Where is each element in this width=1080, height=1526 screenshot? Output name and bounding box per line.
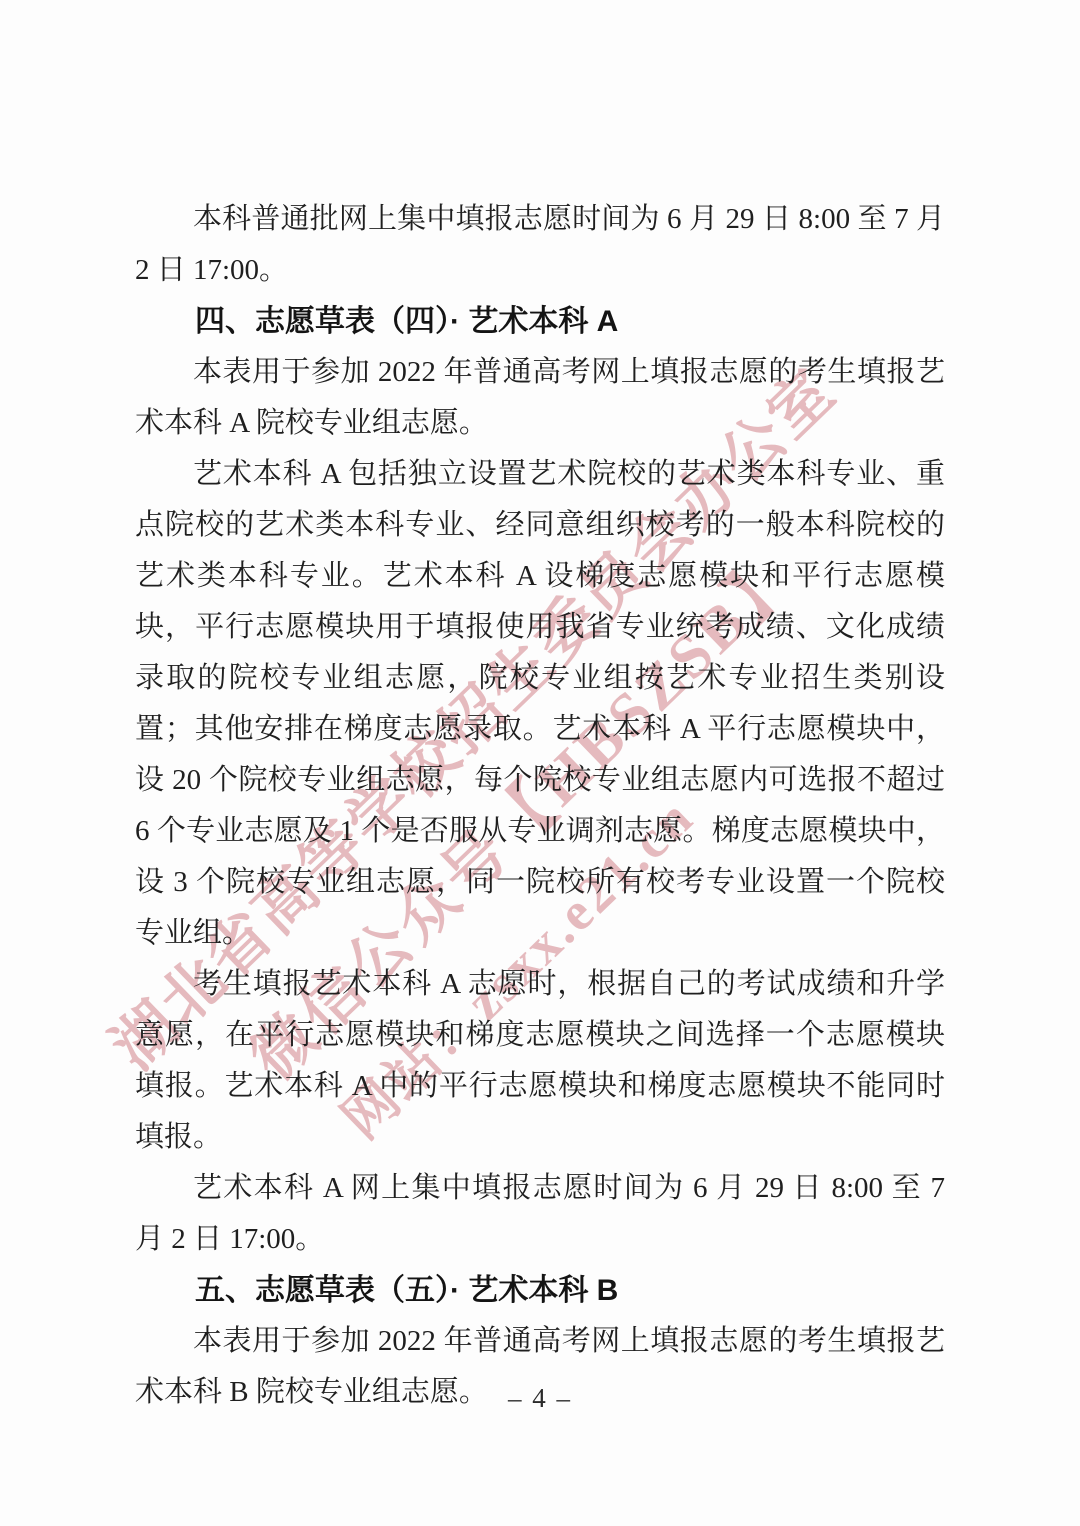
heading-section-four-draft-form: 四、志愿草表（四）· 艺术本科 A <box>135 296 945 347</box>
para-artsA-module-choice: 考生填报艺术本科 A 志愿时，根据自己的考试成绩和升学意愿，在平行志愿模块和梯度… <box>135 959 945 1163</box>
page-number: – 4 – <box>0 1383 1080 1414</box>
para-artsA-deadline: 艺术本科 A 网上集中填报志愿时间为 6 月 29 日 8:00 至 7 月 2… <box>135 1163 945 1265</box>
document-page: 湖北省高等学校招生委员会办公室 微信公众号【HBSZSB】 网站：zsxx.e2… <box>0 0 1080 1526</box>
para-form4-purpose: 本表用于参加 2022 年普通高考网上填报志愿的考生填报艺术本科 A 院校专业组… <box>135 347 945 449</box>
para-artsA-structure: 艺术本科 A 包括独立设置艺术院校的艺术类本科专业、重点院校的艺术类本科专业、经… <box>135 449 945 959</box>
document-text-column: 本科普通批网上集中填报志愿时间为 6 月 29 日 8:00 至 7 月 2 日… <box>135 194 945 1418</box>
para-undergrad-batch-deadline: 本科普通批网上集中填报志愿时间为 6 月 29 日 8:00 至 7 月 2 日… <box>135 194 945 296</box>
heading-section-five-draft-form: 五、志愿草表（五）· 艺术本科 B <box>135 1265 945 1316</box>
